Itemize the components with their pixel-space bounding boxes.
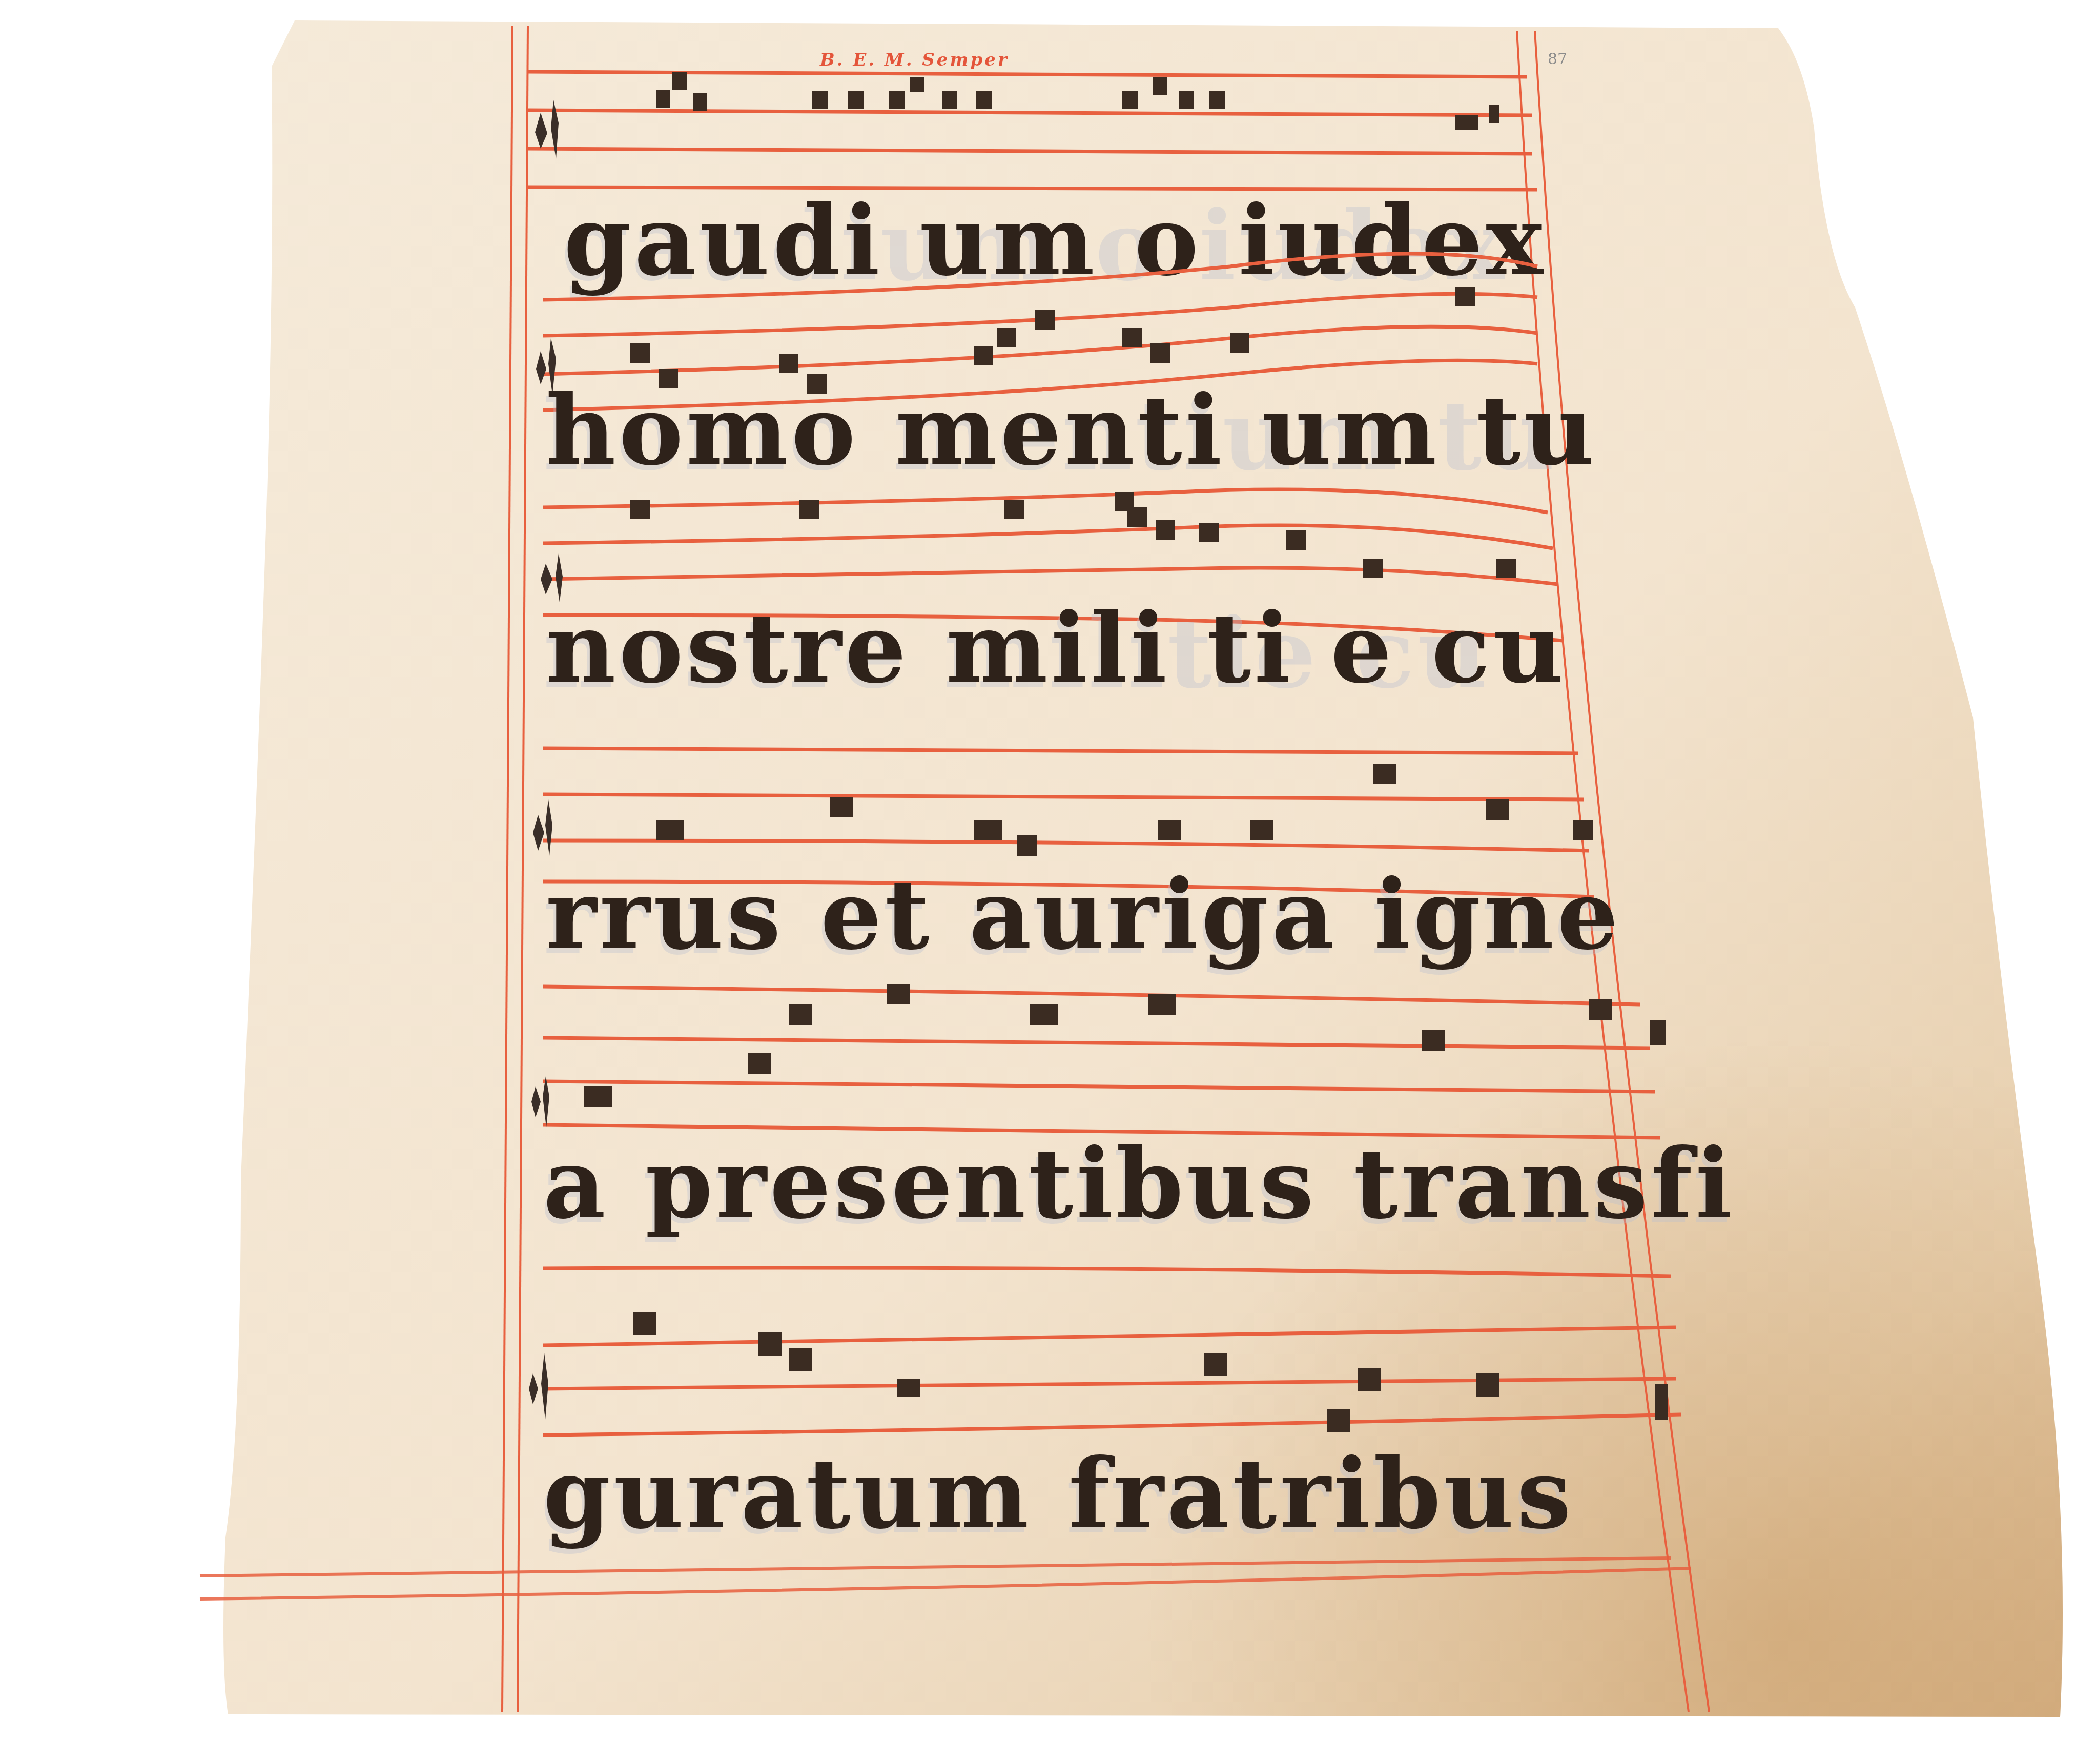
manuscript-photo: B. E. M. Semper 87 gaudium o iudex gaudi… [0,0,2076,1764]
lyric-line-3: nostre mili ti e cu [546,591,1566,705]
lyric-line-6: guratum fratribus [543,1437,1574,1550]
header-rubric: B. E. M. Semper [819,50,1009,70]
folio-number: 87 [1548,50,1567,68]
lyric-line-2: homo menti um tu [546,374,1597,487]
lyric-line-4: rrus et auriga igne [546,858,1621,971]
lyric-line-5: a presentibus transfi [543,1127,1735,1240]
